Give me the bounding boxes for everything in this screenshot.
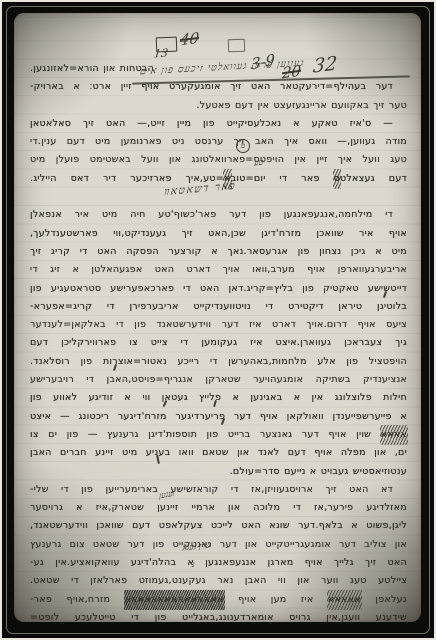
typed-line: אויף איר שוואכן מזרח'דיגן שכן,האט זיך גע… [30, 225, 407, 243]
typed-line: די מילחמה,אנגעפאנגען פון דער פאר'כשוף'טע… [30, 206, 407, 224]
typed-text-segment: ציעס אויף דרום.אויך דארט איז דער ווידערש… [30, 319, 407, 330]
typed-text-segment: אויף איר שוואכן מזרח'דיגן שכן,האט זיך גע… [30, 228, 407, 239]
typed-text-segment: ים, און מפלה אויף דעם לאנד און שטאם וואו… [30, 447, 407, 458]
typed-line: דא האט זיך ארויסגעוויזן,אז די קוראזשישע … [30, 481, 407, 499]
typed-line: מיט א גיכן נצחון פון אגרעסאר.נאך א קורצע… [30, 243, 407, 261]
number-13: 13 [153, 46, 169, 60]
typed-text-segment: אריבערגעווארפן אויף מערב,וואו אויך דארט … [30, 264, 407, 275]
typed-line: שידענע וועגן,אין גרויס אומארדענונג,באגלי… [30, 609, 407, 622]
typed-text-segment: מיט א גיכן נצחון פון אגרעסאר.נאך א קורצע… [30, 246, 407, 257]
typed-line [30, 188, 407, 206]
typed-text-segment: שידענע וועגן,אין גרויס אומארדענונג,באגלי… [30, 612, 407, 622]
struck-out-text: א [224, 170, 231, 188]
typed-line: אנציענדיק בשתיקה אומגעהויער שטארקן אנגרי… [30, 371, 407, 389]
typed-text-segment: די מילחמה,אנגעפאנגען פון דער פאר'כשוף'טע… [30, 209, 393, 220]
typed-line: ציעס אויף דרום.אויך דארט איז דער ווידערש… [30, 316, 407, 334]
typed-text-segment: טעג וועל איך זיין אין הויפטס=פארוואלטונג… [30, 154, 407, 165]
typed-line: מודה געווען,— וואס איך האב זיך ערנסט ניט… [30, 133, 407, 151]
typed-line: טער זיך באקוועם אריינגעזעצט אין דעם פאטע… [30, 97, 407, 115]
typed-line: ציילטע טעג ווער און ווי האבן נאר געקענט,… [30, 572, 407, 590]
typed-text: הבטחות און הורא=לאזונגען.דער בעהילף=דירע… [30, 60, 407, 622]
typed-text-segment: האט זיך גלייך אויף מארגן אנגעפאנגען א בה… [30, 557, 407, 568]
typed-text-segment: מאזלדיגע פירער,אז די מלוכה און ארמיי זיי… [30, 502, 407, 513]
typed-line: גיך צעבראכן געווארן.איצט איז געקומען די … [30, 334, 407, 352]
manuscript-page: הבטחות און הורא=לאזונגען.דער בעהילף=דירע… [14, 13, 421, 622]
typed-text-segment: פאר די יום=טוב [231, 173, 334, 184]
typed-text-segment: הויפטציל פון אלע מלחמות,באהערשן די רייכע… [30, 356, 407, 367]
typed-text-segment: =טע,איך פארזיכער דיר דאס הייליג. [30, 173, 224, 184]
typed-line: הבטחות און הורא=לאזונגען. [30, 60, 407, 78]
typed-text-segment: דער בעהילף=דירעקטאר האט זיך אומגעקערט או… [30, 81, 393, 92]
typed-line: חילות פלוצלונג אין א באגינען א פלייץ געט… [30, 389, 407, 407]
typed-text-segment: הבטחות און הורא=לאזונגען. [30, 63, 154, 74]
typed-text-segment: חילות פלוצלונג אין א באגינען א פלייץ געט… [30, 392, 407, 403]
typed-text-segment: שוין אויף דער גאנצער ברייט פון תוספות'די… [30, 429, 381, 440]
struck-out-text: אאאא [381, 426, 407, 444]
struck-out-text: אאאאאאאאאאאאאאא [125, 591, 224, 609]
typed-line: דייטשישע טאקטיק פון בליץ=קריג.דאן האט די… [30, 280, 407, 298]
square-mark-2 [228, 39, 245, 53]
typed-text-segment: דעם געצאלט [340, 173, 407, 184]
typed-line: מאזלדיגע פירער,אז די מלוכה און ארמיי זיי… [30, 499, 407, 517]
typed-line: — ס'איז טאקע א נאכלעסיקייט פון מיין זייט… [30, 115, 407, 133]
typed-line: טעג וועל איך זיין אין הויפטס=פארוואלטונג… [30, 151, 407, 169]
typed-line: ים, און מפלה אויף דעם לאנד און שטאם וואו… [30, 444, 407, 462]
typed-line: אריבערגעווארפן אויף מערב,וואו אויך דארט … [30, 261, 407, 279]
typed-text-segment: דא האט זיך ארויסגעוויזן,אז די קוראזשישע … [30, 484, 393, 495]
typed-text-segment: דייטשישע טאקטיק פון בליץ=קריג.דאן האט די… [30, 283, 407, 294]
typed-text-segment: בלוטיגן טיראן דיקטירט די נויטווענדיקייט … [30, 301, 407, 312]
typed-line: געלאפן אאאאא איז מען אויף אאאאאאאאאאאאאא… [30, 591, 407, 609]
typed-text-segment: געלאפן [361, 594, 407, 605]
square-mark-1 [156, 37, 178, 53]
typed-text-segment: ליגן,פשוט א בלאף.דער שונא האט לייכט צעקל… [30, 520, 407, 531]
typed-text-segment: מודה געווען,— וואס איך האב זיך ערנסט ניט… [30, 136, 407, 147]
typed-text-segment: איז מען אויף [224, 594, 328, 605]
typed-line: דעם געצאלטס פאר די יום=טובא=טע,איך פארזי… [30, 170, 407, 188]
typed-line: א פייערשפייענדן וואולקאן אויף דער פריערד… [30, 408, 407, 426]
typed-line: ענטוזיאסטיש געבויט א נייעם סדר=עולם. [30, 463, 407, 481]
typed-line: דער בעהילף=דירעקטאר האט זיך אומגעקערט או… [30, 78, 407, 96]
typed-text-segment: ציילטע טעג ווער און ווי האבן נאר געקענט,… [30, 575, 407, 586]
typed-line: אאאא שוין אויף דער גאנצער ברייט פון תוספ… [30, 426, 407, 444]
typed-text-segment: גיך צעבראכן געווארן.איצט איז געקומען די … [30, 337, 407, 348]
typed-line: בלוטיגן טיראן דיקטירט די נויטווענדיקייט … [30, 298, 407, 316]
crossed-number-40: 40 [179, 29, 200, 49]
typed-text-segment: טער זיך באקוועם אריינגעזעצט אין דעם פאטע… [196, 100, 407, 111]
typed-text-segment: אנציענדיק בשתיקה אומגעהויער שטארקן אנגרי… [30, 374, 407, 385]
typed-line: הויפטציל פון אלע מלחמות,באהערשן די רייכע… [30, 353, 407, 371]
typed-line: האט זיך גלייך אויף מארגן אנגעפאנגען א בה… [30, 554, 407, 572]
typed-text-segment: מזרח,אויף פאר- [30, 594, 125, 605]
typed-text-segment: און צוליב דער אומגעגרייטקייט און דער נאנ… [30, 539, 407, 550]
struck-out-text: אאאאא [328, 591, 361, 609]
photo-scan: הבטחות און הורא=לאזונגען.דער בעהילף=דירע… [0, 0, 436, 640]
typed-text-segment: ענטוזיאסטיש געבויט א נייעם סדר=עולם. [230, 466, 407, 477]
typed-text-segment: א פייערשפייענדן וואולקאן אויף דער פריערד… [30, 411, 407, 422]
struck-out-text: ס [334, 170, 340, 188]
typed-line: און צוליב דער אומגעגרייטקייט און דער נאנ… [30, 536, 407, 554]
typed-line: ליגן,פשוט א בלאף.דער שונא האט לייכט צעקל… [30, 517, 407, 535]
typed-text-segment: — ס'איז טאקע א נאכלעסיקייט פון מיין זייט… [30, 118, 393, 129]
